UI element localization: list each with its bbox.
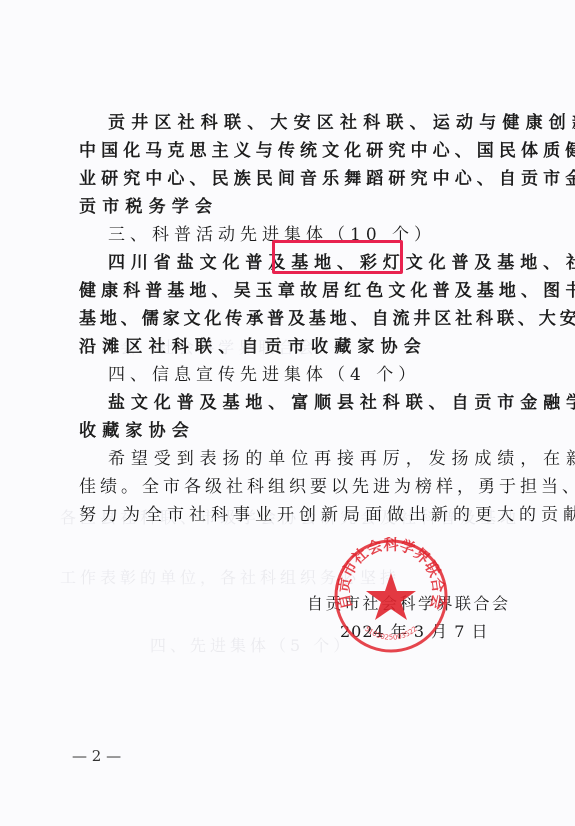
document-page: 以会 ·社会科学界联合会 各区县社科联、市级学会协会研究会及社科普及基地 工作表…	[0, 0, 575, 826]
svg-text:5103025003522: 5103025003522	[363, 625, 419, 642]
section-line: 收藏家协会	[79, 420, 195, 442]
paragraph-line: 中国化马克思主义与传统文化研究中心、国民体质健康与体育产	[79, 140, 575, 162]
official-seal-icon: 自贡市社会科学界联合会 5103025003522	[332, 537, 450, 655]
bleed-through-text: 四、先进集体（5 个）	[150, 633, 353, 656]
paragraph-line: 贡市税务学会	[79, 196, 218, 218]
section-heading: 四、信息宣传先进集体（4 个）	[108, 364, 420, 386]
page-number: — 2 —	[72, 747, 121, 765]
paragraph-line: 业研究中心、民族民间音乐舞蹈研究中心、自贡市金融学会、自	[79, 168, 575, 190]
section-line: 基地、儒家文化传承普及基地、自流井区社科联、大安区社科联、	[79, 308, 575, 330]
closing-line: 努力为全市社科事业开创新局面做出新的更大的贡献。	[79, 504, 575, 526]
closing-line: 佳绩。全市各级社科组织要以先进为榜样，勇于担当、创新实干，	[79, 476, 575, 498]
section-line: 盐文化普及基地、富顺县社科联、自贡市金融学会、自贡市	[108, 392, 575, 414]
paragraph-line: 贡井区社科联、大安区社科联、运动与健康创新研究中心、	[108, 112, 575, 134]
closing-line: 希望受到表扬的单位再接再厉，发扬成绩，在新的一年再创	[108, 448, 575, 470]
highlight-box	[272, 240, 403, 274]
section-line: 沿滩区社科联、自贡市收藏家协会	[79, 336, 427, 358]
section-line: 健康科普基地、吴玉章故居红色文化普及基地、图书馆社科普及	[79, 280, 575, 302]
